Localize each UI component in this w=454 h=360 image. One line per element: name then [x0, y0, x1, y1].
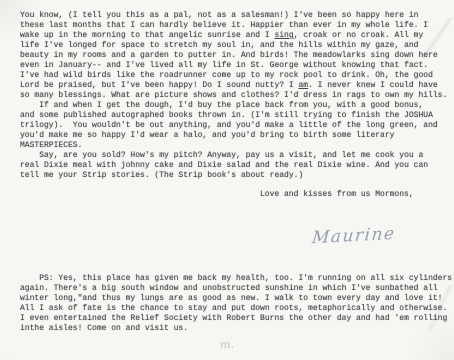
letter-line: wake up in the morning to that angelic s…: [20, 31, 447, 41]
letter-line: All I ask of fate is the chance to stay …: [20, 304, 452, 314]
letter-line: real Dixie meal with johnny cake and Dix…: [20, 161, 447, 171]
letter-line: I've had wild birds like the roadrunner …: [20, 71, 447, 81]
letter-page: You know, (I tell you this as a pal, not…: [0, 0, 454, 360]
closing-line: Love and kisses from us Mormons,: [260, 190, 414, 200]
postscript-paragraph: PS: Yes, this place has given me back my…: [20, 274, 452, 334]
letter-line: winter long,"and thus my lungs are as go…: [20, 294, 452, 304]
letter-line: If and when I get the dough, I'd buy the…: [20, 101, 447, 111]
letter-line: Say, are you sold? How's my pitch? Anywa…: [20, 151, 447, 161]
letter-line: tell me your Strip stories. (The Strip b…: [20, 171, 447, 181]
letter-line: Lord be praised, but I've been happy! Do…: [20, 81, 447, 91]
letter-line: MASTERPIECES.: [20, 141, 447, 151]
letter-line: these last months that I can hardly beli…: [20, 21, 447, 31]
letter-line: you'd make me so happy I'd wear a halo, …: [20, 131, 447, 141]
letter-line: life I've longed for space to stretch my…: [20, 41, 447, 51]
signature-handwritten: Maurine: [311, 224, 396, 248]
letter-line: so many blessings. What are picture show…: [20, 91, 447, 101]
letter-line: You know, (I tell you this as a pal, not…: [20, 11, 447, 21]
letter-line: beauty in my rooms and a garden to putte…: [20, 51, 447, 61]
letter-line: PS: Yes, this place has given me back my…: [20, 274, 452, 284]
letter-line: even in January-- and I've lived all my …: [20, 61, 447, 71]
letter-line: and some published autographed books thr…: [20, 111, 447, 121]
letter-line: I even entertained the Relief Society wi…: [20, 314, 452, 324]
letter-body: You know, (I tell you this as a pal, not…: [20, 11, 447, 181]
letter-line: trilogy). You wouldn't be out anything, …: [20, 121, 447, 131]
letter-line: inthe aisles! Come on and visit us.: [20, 324, 452, 334]
letter-line: again. There's a big south window and un…: [20, 284, 452, 294]
bottom-initial-mark: m.: [220, 338, 235, 352]
